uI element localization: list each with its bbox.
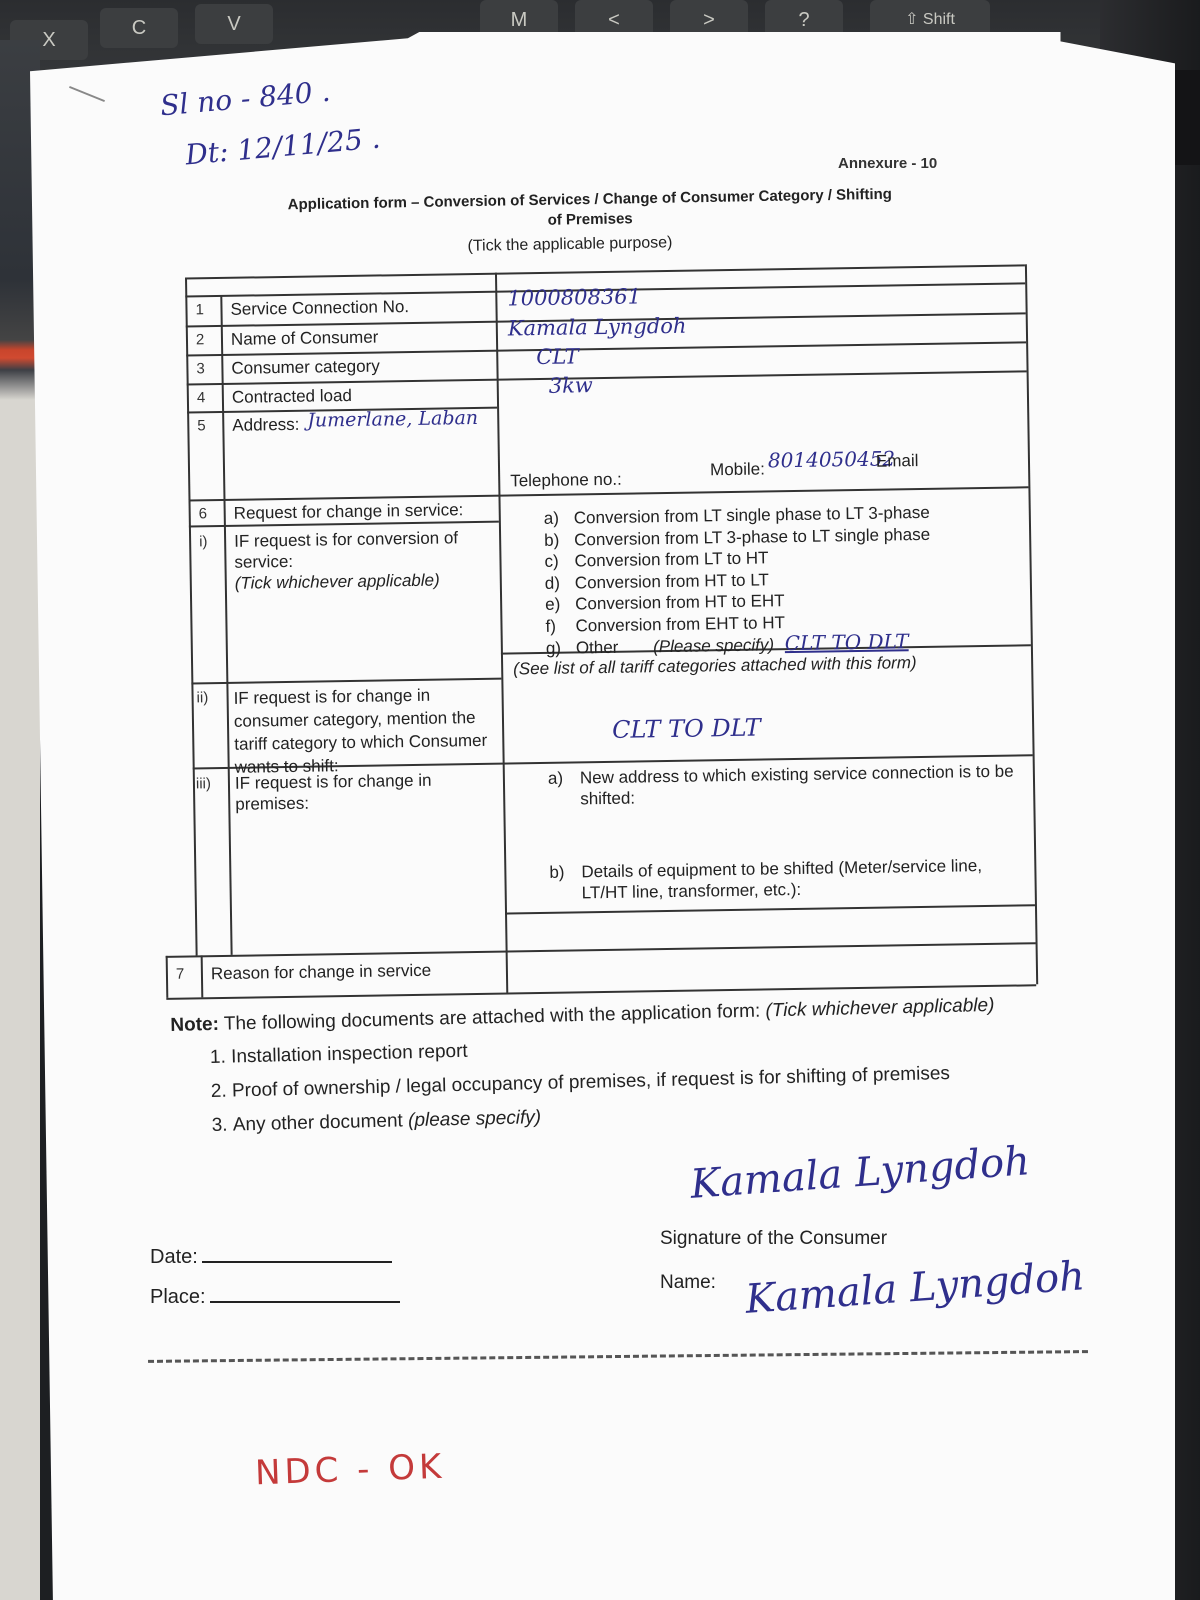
other-specify-value: CLT TO DLT	[785, 629, 909, 655]
note-bold-label: Note:	[170, 1014, 219, 1036]
row-num-6: 6	[199, 505, 208, 522]
value-consumer-category: CLT	[536, 344, 579, 369]
row-num-iii: iii)	[196, 775, 211, 792]
row-num-5: 5	[197, 417, 206, 434]
label-category-change: IF request is for change in consumer cat…	[233, 683, 494, 779]
ndc-remark: NDC - OK	[254, 1447, 446, 1494]
value-service-connection-no: 1000808361	[507, 284, 641, 310]
label-premises-change: IF request is for change in premises:	[235, 769, 496, 815]
attached-documents-note: Note: The following documents are attach…	[170, 989, 1043, 1144]
premises-item-a: a)New address to which existing service …	[548, 760, 1029, 810]
value-category-change: CLT TO DLT	[612, 714, 761, 744]
label-name-of-consumer: Name of Consumer	[231, 327, 379, 350]
place-blank[interactable]	[210, 1285, 400, 1303]
label-request-for-change: Request for change in service:	[234, 499, 464, 524]
date-field[interactable]: Date:	[150, 1245, 392, 1269]
row-num-i: i)	[199, 533, 208, 550]
label-mobile: Mobile:	[710, 458, 765, 480]
key-v: V	[195, 4, 273, 44]
annexure-label: Annexure - 10	[838, 155, 937, 172]
place-field[interactable]: Place:	[150, 1285, 400, 1309]
row-num-1: 1	[195, 301, 204, 318]
label-service-connection-no: Service Connection No.	[230, 296, 409, 320]
name-label: Name:	[660, 1272, 716, 1294]
label-contracted-load: Contracted load	[232, 385, 352, 408]
key-c: C	[100, 8, 178, 48]
date-label: Date:	[150, 1246, 198, 1268]
value-contracted-load: 3kw	[549, 373, 593, 398]
date-blank[interactable]	[202, 1245, 392, 1263]
documents-list: Installation inspection report Proof of …	[171, 1021, 1043, 1144]
row-num-4: 4	[197, 389, 206, 406]
label-consumer-category: Consumer category	[231, 355, 380, 378]
place-label: Place:	[150, 1286, 206, 1308]
row-num-2: 2	[196, 331, 205, 348]
please-specify-label: (Please specify)	[653, 635, 774, 656]
conversion-options: a)Conversion from LT single phase to LT …	[544, 500, 1026, 659]
label-address: Address:	[232, 414, 299, 436]
label-conversion-request: IF request is for conversion of service:…	[234, 527, 490, 594]
label-telephone: Telephone no.:	[510, 469, 622, 492]
tick-mark: g)	[546, 637, 576, 659]
row-num-3: 3	[196, 360, 205, 377]
row-num-ii: ii)	[196, 689, 208, 706]
label-email: Email	[876, 450, 919, 472]
label-reason-for-change: Reason for change in service	[211, 960, 431, 984]
signature-label: Signature of the Consumer	[660, 1228, 887, 1250]
premises-item-b: b)Details of equipment to be shifted (Me…	[549, 854, 1030, 904]
value-name-of-consumer: Kamala Lyngdoh	[508, 314, 687, 341]
value-address: Jumerlane, Laban	[307, 407, 478, 432]
form-table: 1 Service Connection No. 1000808361 2 Na…	[155, 263, 1106, 1008]
tick-hint: (Tick whichever applicable)	[235, 569, 490, 594]
row-num-7: 7	[176, 966, 185, 983]
